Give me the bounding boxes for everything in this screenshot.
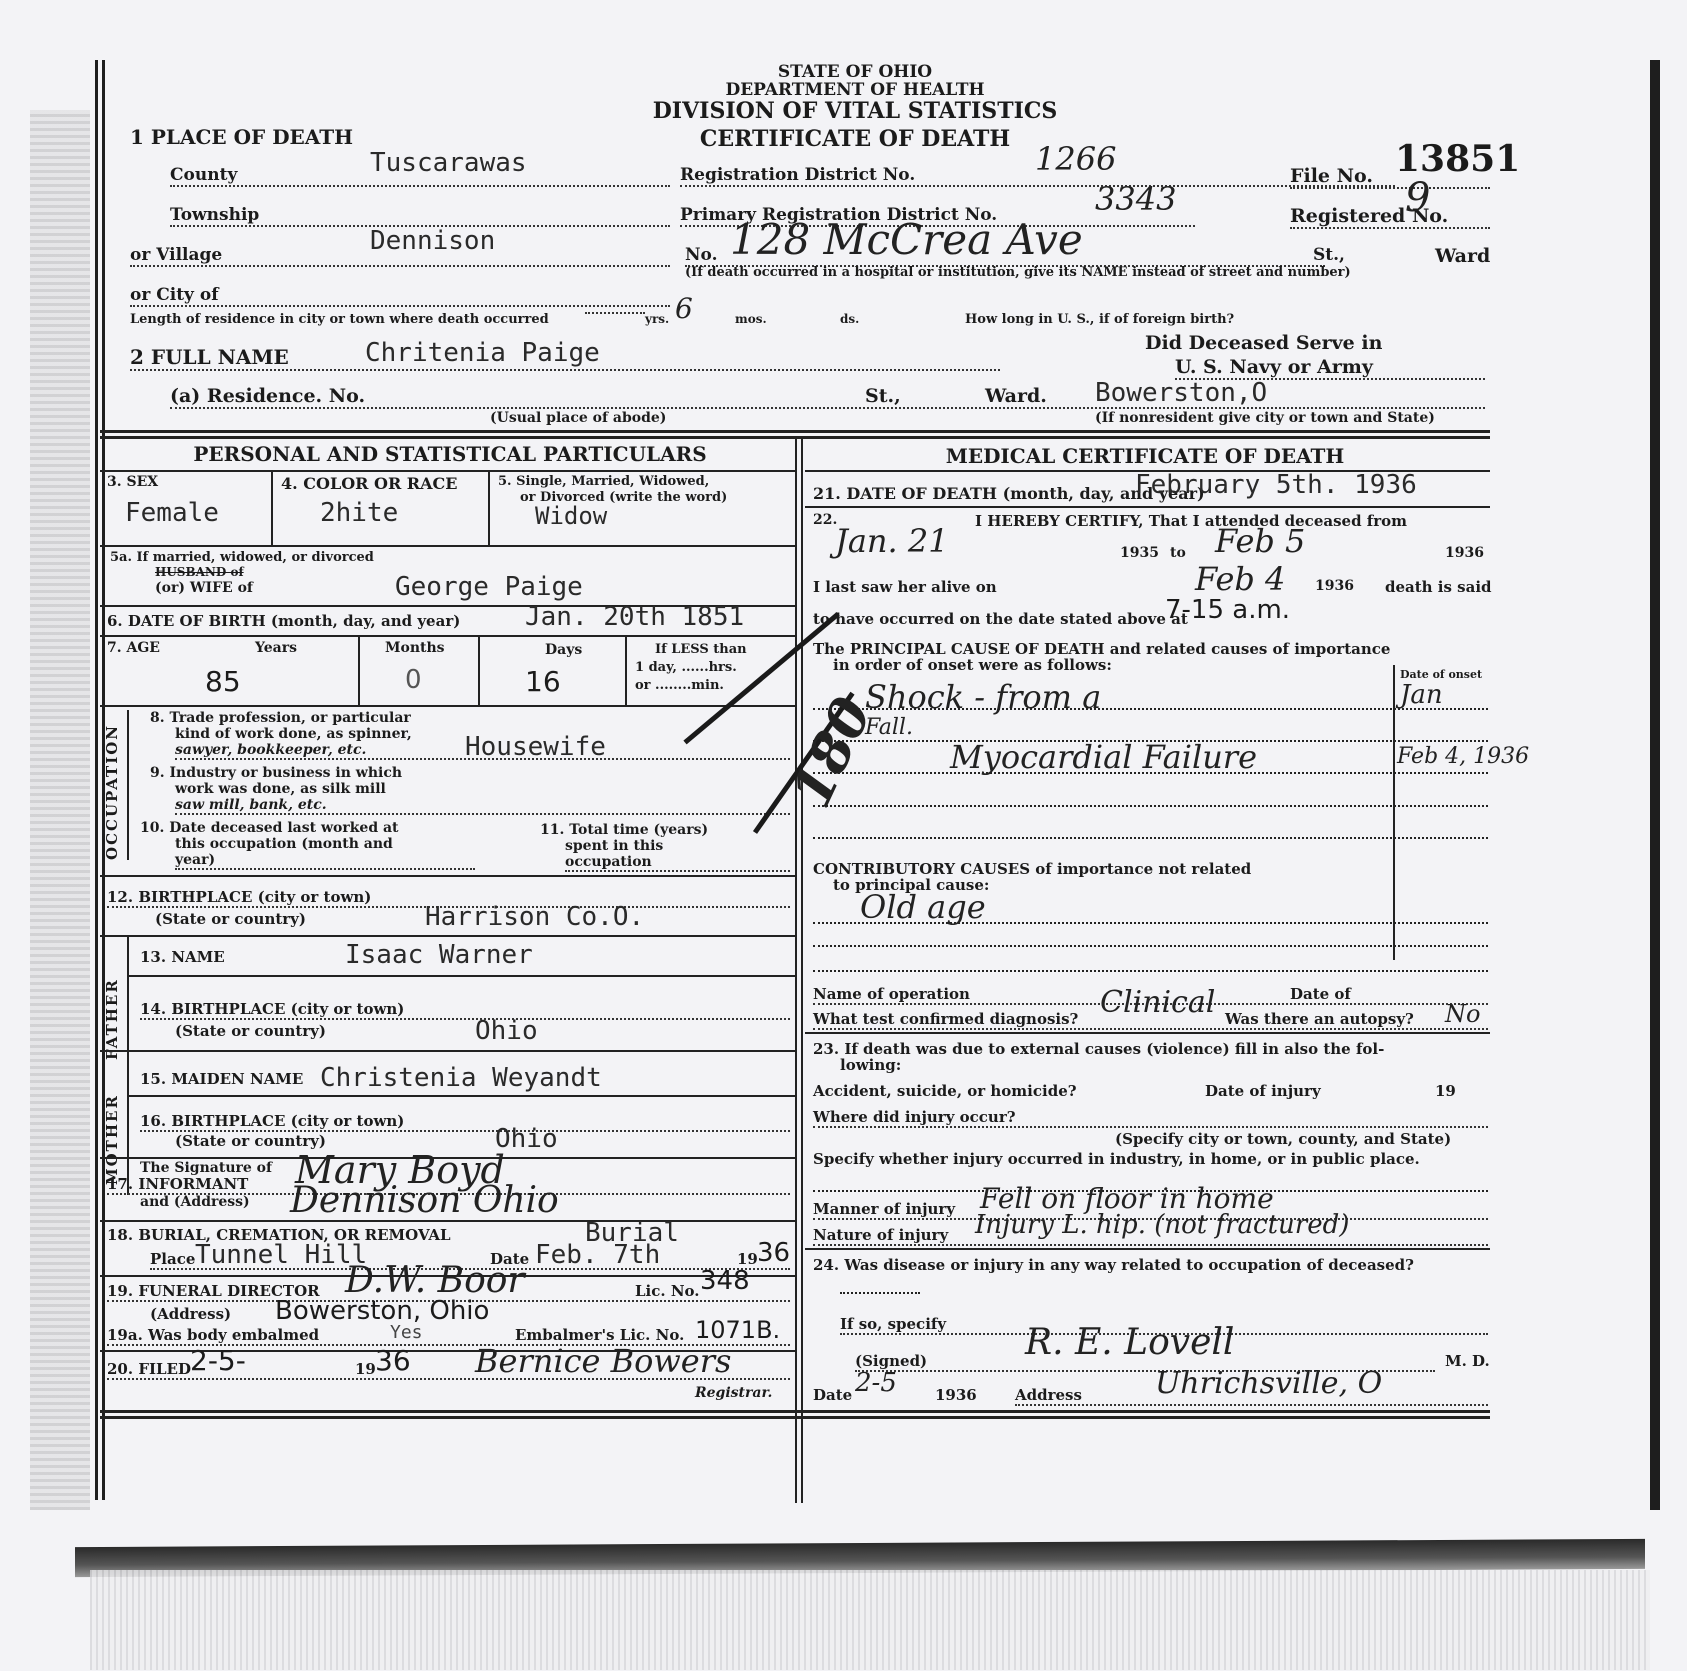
less-label-3: or ........min.	[635, 678, 724, 693]
operation-date-label: Date of	[1290, 985, 1351, 1003]
dob-value: Jan. 20th 1851	[525, 602, 744, 632]
funeral-director-value: D.W. Boor	[345, 1260, 525, 1301]
attended-from-year: 1935	[1120, 545, 1159, 561]
contrib-value: Old age	[860, 888, 986, 926]
date-of-death-value: February 5th. 1936	[1135, 470, 1417, 500]
last-saw-label: I last saw her alive on	[813, 578, 997, 596]
registered-no-value: 9	[1405, 175, 1430, 221]
township-field: Township	[170, 205, 670, 227]
race-value: 2hite	[320, 498, 398, 528]
last-worked-label-3: year)	[175, 852, 215, 868]
city-field: or City of	[130, 285, 670, 307]
village-value: Dennison	[370, 226, 495, 256]
sign-date-label: Date	[813, 1386, 852, 1404]
test-value: Clinical	[1100, 985, 1215, 1020]
sign-year: 1936	[935, 1386, 977, 1404]
last-worked-field: year)	[175, 852, 475, 870]
full-name-value: Chritenia Paige	[365, 338, 600, 368]
total-time-field: occupation	[565, 854, 790, 872]
industry-label-3: saw mill, bank, etc.	[175, 797, 327, 813]
mother-birthplace-field: 16. BIRTHPLACE (city or town)	[140, 1112, 790, 1132]
registration-district-value: 1266	[1035, 140, 1116, 178]
funeral-address-value: Bowerston, Ohio	[275, 1296, 489, 1326]
birthplace-label: 12. BIRTHPLACE (city or town)	[107, 888, 371, 906]
cause-1-onset: Jan	[1400, 680, 1443, 710]
ward-label: Ward	[1435, 245, 1490, 267]
md-label: M. D.	[1445, 1352, 1490, 1370]
township-label: Township	[170, 205, 259, 225]
trade-label-1: 8. Trade profession, or particular	[150, 710, 411, 726]
less-label-1: If LESS than	[655, 642, 747, 657]
marital-value: Widow	[535, 502, 607, 530]
father-state-label: (State or country)	[175, 1022, 326, 1040]
filed-date-value: 2-5-	[190, 1344, 246, 1377]
trade-value: Housewife	[465, 732, 606, 762]
total-time-label-1: 11. Total time (years)	[540, 822, 708, 838]
navy-label-1: Did Deceased Serve in	[1145, 332, 1382, 354]
nonresident-note: (If nonresident give city or town and St…	[1095, 410, 1435, 426]
registrar-label: Registrar.	[695, 1385, 772, 1401]
physician-address-value: Uhrichsville, O	[1155, 1366, 1382, 1401]
to-label: to	[1170, 545, 1186, 561]
total-time-label-3: occupation	[565, 854, 652, 870]
nature-value: Injury L. hip. (not fractured)	[975, 1210, 1349, 1240]
burial-date-value: Feb. 7th	[535, 1240, 660, 1270]
sign-date-value: 2-5	[855, 1368, 897, 1398]
manner-label: Manner of injury	[813, 1200, 955, 1218]
embalmer-lic-value: 1071B.	[695, 1316, 780, 1344]
days-label: Days	[545, 642, 582, 658]
city-label: or City of	[130, 285, 219, 305]
place-of-death-heading: 1 PLACE OF DEATH	[130, 125, 353, 149]
father-birthplace-value: Ohio	[475, 1016, 538, 1046]
age-years-value: 85	[205, 665, 241, 698]
spouse-value: George Paige	[395, 572, 583, 602]
residence-ward-label: Ward.	[985, 385, 1047, 407]
scan-noise-bottom	[90, 1570, 1650, 1670]
specify-where-label: Specify whether injury occurred in indus…	[813, 1150, 1420, 1168]
residence-yrs-value: 6	[675, 292, 693, 325]
cause-1-text: Shock - from a	[865, 678, 1101, 716]
residence-value: Bowerston,O	[1095, 378, 1267, 408]
county-value: Tuscarawas	[370, 148, 527, 178]
filed-year-prefix: 19	[355, 1360, 376, 1378]
street-no-label: No.	[685, 245, 718, 265]
where-field: Where did injury occur?	[813, 1108, 1488, 1128]
race-label: 4. COLOR OR RACE	[281, 474, 457, 493]
informant-label-1: The Signature of	[140, 1160, 272, 1176]
registrar-signature: Bernice Bowers	[475, 1342, 731, 1380]
residence-st-label: St.,	[865, 385, 901, 407]
cause-label-2: in order of onset were as follows:	[833, 656, 1112, 674]
father-birthplace-label: 14. BIRTHPLACE (city or town)	[140, 1000, 404, 1018]
test-label: What test confirmed diagnosis?	[813, 1010, 1078, 1028]
lic-label: Lic. No.	[635, 1282, 700, 1300]
attended-to-value: Feb 5	[1215, 522, 1305, 560]
residence-length-label: Length of residence in city or town wher…	[130, 312, 549, 327]
years-label: Years	[255, 640, 297, 656]
where-label: Where did injury occur?	[813, 1108, 1016, 1126]
age-months-value: 0	[405, 665, 422, 695]
months-label: Months	[385, 640, 445, 656]
physician-signature: R. E. Lovell	[1025, 1322, 1234, 1363]
mother-birthplace-label: 16. BIRTHPLACE (city or town)	[140, 1112, 404, 1130]
dob-label: 6. DATE OF BIRTH (month, day, and year)	[107, 612, 460, 630]
certify-num: 22.	[813, 512, 837, 528]
residence-yrs-field	[585, 312, 645, 314]
sex-label: 3. SEX	[107, 474, 158, 490]
last-worked-label-1: 10. Date deceased last worked at	[140, 820, 399, 836]
father-name-label: 13. NAME	[140, 948, 225, 966]
industry-field: saw mill, bank, etc.	[175, 797, 790, 815]
funeral-address-label: (Address)	[150, 1305, 231, 1323]
father-side-label: FATHER	[103, 940, 121, 1060]
informant-address: Dennison Ohio	[290, 1180, 559, 1221]
last-worked-label-2: this occupation (month and	[175, 836, 393, 852]
navy-field: U. S. Navy or Army	[1175, 356, 1485, 380]
street-value: 128 McCrea Ave	[730, 215, 1083, 264]
age-days-value: 16	[525, 665, 561, 698]
death-certificate: STATE OF OHIO DEPARTMENT OF HEALTH DIVIS…	[95, 60, 1660, 1510]
filed-year-value: 36	[375, 1344, 411, 1377]
trade-label-2: kind of work done, as spinner,	[175, 726, 412, 742]
attended-from-value: Jan. 21	[835, 522, 949, 560]
personal-heading: PERSONAL AND STATISTICAL PARTICULARS	[105, 442, 795, 466]
operation-label: Name of operation	[813, 985, 970, 1003]
ds-label: ds.	[840, 312, 859, 326]
burial-place-label: Place	[150, 1250, 195, 1268]
embalmed-label: 19a. Was body embalmed	[107, 1326, 319, 1344]
residence-label: (a) Residence. No.	[170, 385, 365, 407]
age-label: 7. AGE	[107, 640, 160, 656]
death-said-label: death is said	[1385, 578, 1492, 596]
yrs-label: yrs.	[645, 312, 669, 326]
autopsy-value: No	[1445, 1000, 1480, 1028]
informant-label-2: 17. INFORMANT	[107, 1175, 248, 1193]
industry-label-1: 9. Industry or business in which	[150, 765, 402, 781]
registered-no-field: Registered No.	[1290, 205, 1490, 229]
last-saw-value: Feb 4	[1195, 560, 1285, 598]
mos-label: mos.	[735, 312, 767, 326]
scan-edge-left	[30, 110, 90, 1510]
header-department: DEPARTMENT OF HEALTH	[655, 80, 1055, 100]
spouse-label-3: (or) WIFE of	[155, 580, 253, 596]
sex-value: Female	[125, 498, 219, 528]
registration-district-label: Registration District No.	[680, 165, 915, 185]
informant-label-3: and (Address)	[140, 1194, 250, 1210]
embalmed-value: Yes	[390, 1322, 423, 1343]
father-birthplace-field: 14. BIRTHPLACE (city or town)	[140, 1000, 790, 1020]
external-label-2: lowing:	[840, 1056, 901, 1074]
time-of-death-value: 7-15 a.m.	[1165, 595, 1290, 625]
burial-place-value: Tunnel Hill	[195, 1240, 367, 1270]
mother-name-value: Christenia Weyandt	[320, 1063, 602, 1093]
industry-label-2: work was done, as silk mill	[175, 781, 386, 797]
cause-3-onset: Feb 4, 1936	[1397, 744, 1529, 769]
header-title: CERTIFICATE OF DEATH	[605, 126, 1105, 152]
header-state: STATE OF OHIO	[655, 62, 1055, 82]
full-name-label: 2 FULL NAME	[130, 345, 289, 369]
less-label-2: 1 day, ......hrs.	[635, 660, 737, 675]
spouse-label-2: HUSBAND of	[155, 565, 244, 579]
primary-district-value: 3343	[1095, 180, 1176, 218]
if-so-label: If so, specify	[840, 1315, 946, 1333]
county-label: County	[170, 165, 237, 185]
birthplace-state-label: (State or country)	[155, 910, 306, 928]
lic-value: 348	[700, 1266, 750, 1296]
header-division: DIVISION OF VITAL STATISTICS	[605, 98, 1105, 124]
specify-note: (Specify city or town, county, and State…	[1115, 1130, 1451, 1148]
autopsy-label: Was there an autopsy?	[1225, 1010, 1414, 1028]
birthplace-value: Harrison Co.O.	[425, 902, 644, 932]
occurred-label: to have occurred on the date stated abov…	[813, 610, 1188, 628]
nature-label: Nature of injury	[813, 1226, 948, 1244]
certify-label: I HEREBY CERTIFY, That I attended deceas…	[975, 512, 1407, 530]
residence-field: (a) Residence. No.	[170, 385, 1485, 409]
father-name-value: Isaac Warner	[345, 940, 533, 970]
spouse-label-1: 5a. If married, widowed, or divorced	[110, 550, 374, 565]
marital-label-1: 5. Single, Married, Widowed,	[498, 474, 709, 489]
total-time-label-2: spent in this	[565, 838, 663, 854]
navy-label-2: U. S. Navy or Army	[1175, 356, 1373, 378]
cause-3-text: Myocardial Failure	[950, 738, 1257, 776]
injury-date-label: Date of injury	[1205, 1082, 1321, 1100]
accident-label: Accident, suicide, or homicide?	[813, 1082, 1077, 1100]
st-label: St.,	[1313, 245, 1345, 265]
mother-name-label: 15. MAIDEN NAME	[140, 1070, 303, 1088]
last-saw-year: 1936	[1315, 578, 1354, 594]
trade-label-3: sawyer, bookkeeper, etc.	[175, 742, 366, 758]
mother-side-label: MOTHER	[103, 1055, 121, 1185]
village-label: or Village	[130, 245, 222, 265]
foreign-birth-label: How long in U. S., if of foreign birth?	[965, 312, 1234, 327]
attended-to-year: 1936	[1445, 545, 1484, 561]
burial-year-value: 36	[757, 1238, 790, 1268]
injury-year-prefix: 19	[1435, 1082, 1456, 1100]
physician-address-label: Address	[1015, 1386, 1082, 1404]
hospital-note: (If death occurred in a hospital or inst…	[685, 265, 1351, 280]
medical-heading: MEDICAL CERTIFICATE OF DEATH	[805, 444, 1485, 468]
occupation-side-label: OCCUPATION	[103, 710, 121, 860]
abode-note: (Usual place of abode)	[490, 410, 666, 426]
occupation-related-question: 24. Was disease or injury in any way rel…	[813, 1256, 1414, 1274]
filed-label: 20. FILED	[107, 1360, 191, 1378]
file-no-label: File No.	[1290, 165, 1373, 187]
file-no-value: 13851	[1395, 138, 1520, 180]
